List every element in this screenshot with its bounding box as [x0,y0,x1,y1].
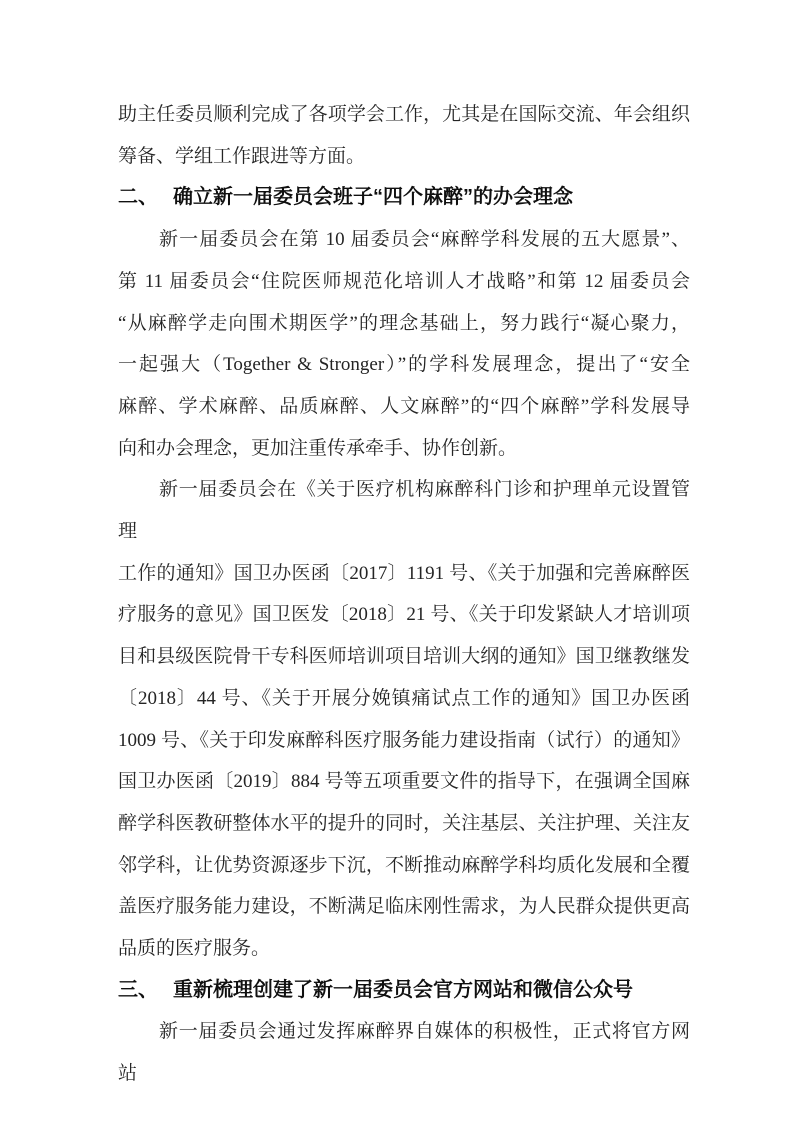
document-body: 助主任委员顺利完成了各项学会工作，尤其是在国际交流、年会组织 筹备、学组工作跟进… [118,94,690,1095]
text-line: 第 11 届委员会“住院医师规范化培训人才战略”和第 12 届委员会 [118,261,690,303]
text-line: 盖医疗服务能力建设，不断满足临床刚性需求，为人民群众提供更高 [118,886,690,928]
text-line: 新一届委员会在《关于医疗机构麻醉科门诊和护理单元设置管理 [118,469,690,552]
text-line: 国卫办医函〔2019〕884 号等五项重要文件的指导下，在强调全国麻 [118,761,690,803]
text-line: 邻学科，让优势资源逐步下沉，不断推动麻醉学科均质化发展和全覆 [118,845,690,887]
text-line: 目和县级医院骨干专科医师培训项目培训大纲的通知》国卫继教继发 [118,636,690,678]
section-title: 确立新一届委员会班子“四个麻醉”的办会理念 [173,186,573,208]
text-line: 筹备、学组工作跟进等方面。 [118,136,690,178]
section-title: 重新梳理创建了新一届委员会官方网站和微信公众号 [173,979,633,1001]
section-number: 三、 [118,970,173,1012]
section-number: 二、 [118,177,173,219]
text-line: “从麻醉学走向围术期医学”的理念基础上，努力践行“凝心聚力， [118,303,690,345]
text-line: 工作的通知》国卫办医函〔2017〕1191 号、《关于加强和完善麻醉医 [118,553,690,595]
text-line: 向和办会理念，更加注重传承牵手、协作创新。 [118,428,690,470]
text-line: 品质的医疗服务。 [118,928,690,970]
text-line: 〔2018〕44 号、《关于开展分娩镇痛试点工作的通知》国卫办医函 [118,678,690,720]
text-line: 1009 号、《关于印发麻醉科医疗服务能力建设指南（试行）的通知》 [118,720,690,762]
text-line: 新一届委员会通过发挥麻醉界自媒体的积极性，正式将官方网站 [118,1011,690,1094]
document-page: 助主任委员顺利完成了各项学会工作，尤其是在国际交流、年会组织 筹备、学组工作跟进… [0,0,793,1122]
text-line: 一起强大（Together & Stronger）”的学科发展理念，提出了“安全 [118,344,690,386]
text-line: 疗服务的意见》国卫医发〔2018〕21 号、《关于印发紧缺人才培训项 [118,594,690,636]
section-heading-2: 二、确立新一届委员会班子“四个麻醉”的办会理念 [118,177,690,219]
section-heading-3: 三、重新梳理创建了新一届委员会官方网站和微信公众号 [118,970,690,1012]
text-line: 新一届委员会在第 10 届委员会“麻醉学科发展的五大愿景”、 [118,219,690,261]
text-line: 麻醉、学术麻醉、品质麻醉、人文麻醉”的“四个麻醉”学科发展导 [118,386,690,428]
text-line: 醉学科医教研整体水平的提升的同时，关注基层、关注护理、关注友 [118,803,690,845]
text-line: 助主任委员顺利完成了各项学会工作，尤其是在国际交流、年会组织 [118,94,690,136]
